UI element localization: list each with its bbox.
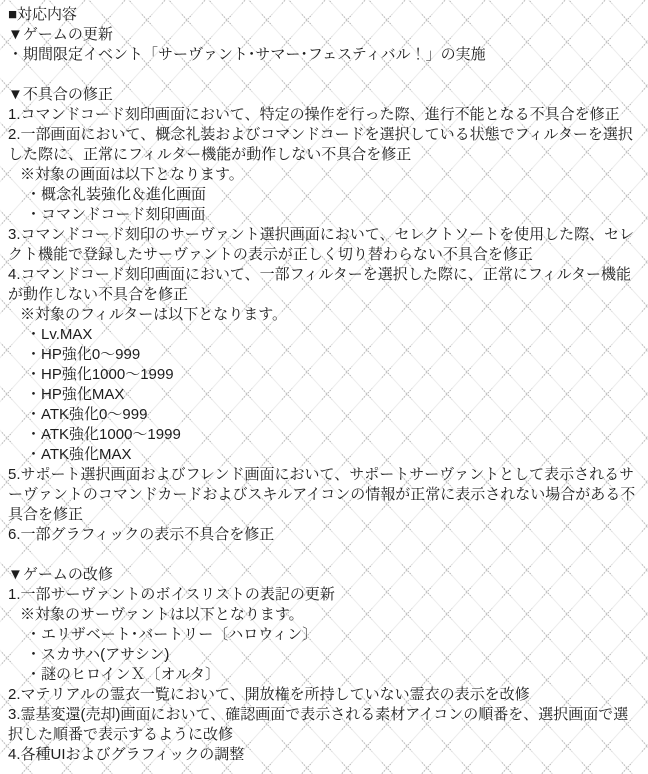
text-line-bullet: ・エリザベート･バートリー〔ハロウィン〕 xyxy=(8,625,640,645)
text-line-note: ※対象のサーヴァントは以下となります。 xyxy=(8,605,640,625)
text-line-subheading: ▼ゲームの更新 xyxy=(8,25,640,45)
text-line-item: 1.コマンドコード刻印画面において、特定の操作を行った際、進行不能となる不具合を… xyxy=(8,105,640,125)
text-line-subheading: ▼ゲームの改修 xyxy=(8,565,640,585)
text-line-bullet: ・HP強化1000～1999 xyxy=(8,365,640,385)
text-line-item: 1.一部サーヴァントのボイスリストの表記の更新 xyxy=(8,585,640,605)
text-line-item: 2.一部画面において、概念礼装およびコマンドコードを選択している状態でフィルター… xyxy=(8,125,640,165)
text-line-bullet: ・謎のヒロインＸ〔オルタ〕 xyxy=(8,665,640,685)
text-line-bullet: ・Lv.MAX xyxy=(8,325,640,345)
text-line-item: 5.サポート選択画面およびフレンド画面において、サポートサーヴァントとして表示さ… xyxy=(8,465,640,525)
text-line-note: ※対象の画面は以下となります。 xyxy=(8,165,640,185)
text-line-item: 4.各種UIおよびグラフィックの調整 xyxy=(8,745,640,765)
text-line-bullet: ・ATK強化1000～1999 xyxy=(8,425,640,445)
text-line-bullet: ・ATK強化MAX xyxy=(8,445,640,465)
text-line-item: 6.一部グラフィックの表示不具合を修正 xyxy=(8,525,640,545)
text-line-heading: ■対応内容 xyxy=(8,5,640,25)
patch-notes-page: ■対応内容▼ゲームの更新・期間限定イベント「サーヴァント･サマー･フェスティバル… xyxy=(0,0,648,774)
text-line-bullet: ・スカサハ(アサシン) xyxy=(8,645,640,665)
text-line-item: 3.霊基変還(売却)画面において、確認画面で表示される素材アイコンの順番を、選択… xyxy=(8,705,640,745)
text-line-subheading: ▼不具合の修正 xyxy=(8,85,640,105)
text-line-bullet: ・ATK強化0～999 xyxy=(8,405,640,425)
text-line-bullet: ・コマンドコード刻印画面 xyxy=(8,205,640,225)
blank-line xyxy=(8,65,640,85)
text-line-item: 4.コマンドコード刻印画面において、一部フィルターを選択した際に、正常にフィルタ… xyxy=(8,265,640,305)
text-line-bullet: ・HP強化0～999 xyxy=(8,345,640,365)
text-line-note: ※対象のフィルターは以下となります。 xyxy=(8,305,640,325)
blank-line xyxy=(8,545,640,565)
text-line-item: 3.コマンドコード刻印のサーヴァント選択画面において、セレクトソートを使用した際… xyxy=(8,225,640,265)
patch-notes-text: ■対応内容▼ゲームの更新・期間限定イベント「サーヴァント･サマー･フェスティバル… xyxy=(0,0,648,765)
text-line-item: ・期間限定イベント「サーヴァント･サマー･フェスティバル！」の実施 xyxy=(8,45,640,65)
text-line-item: 2.マテリアルの霊衣一覧において、開放権を所持していない霊衣の表示を改修 xyxy=(8,685,640,705)
text-line-bullet: ・HP強化MAX xyxy=(8,385,640,405)
text-line-bullet: ・概念礼装強化＆進化画面 xyxy=(8,185,640,205)
